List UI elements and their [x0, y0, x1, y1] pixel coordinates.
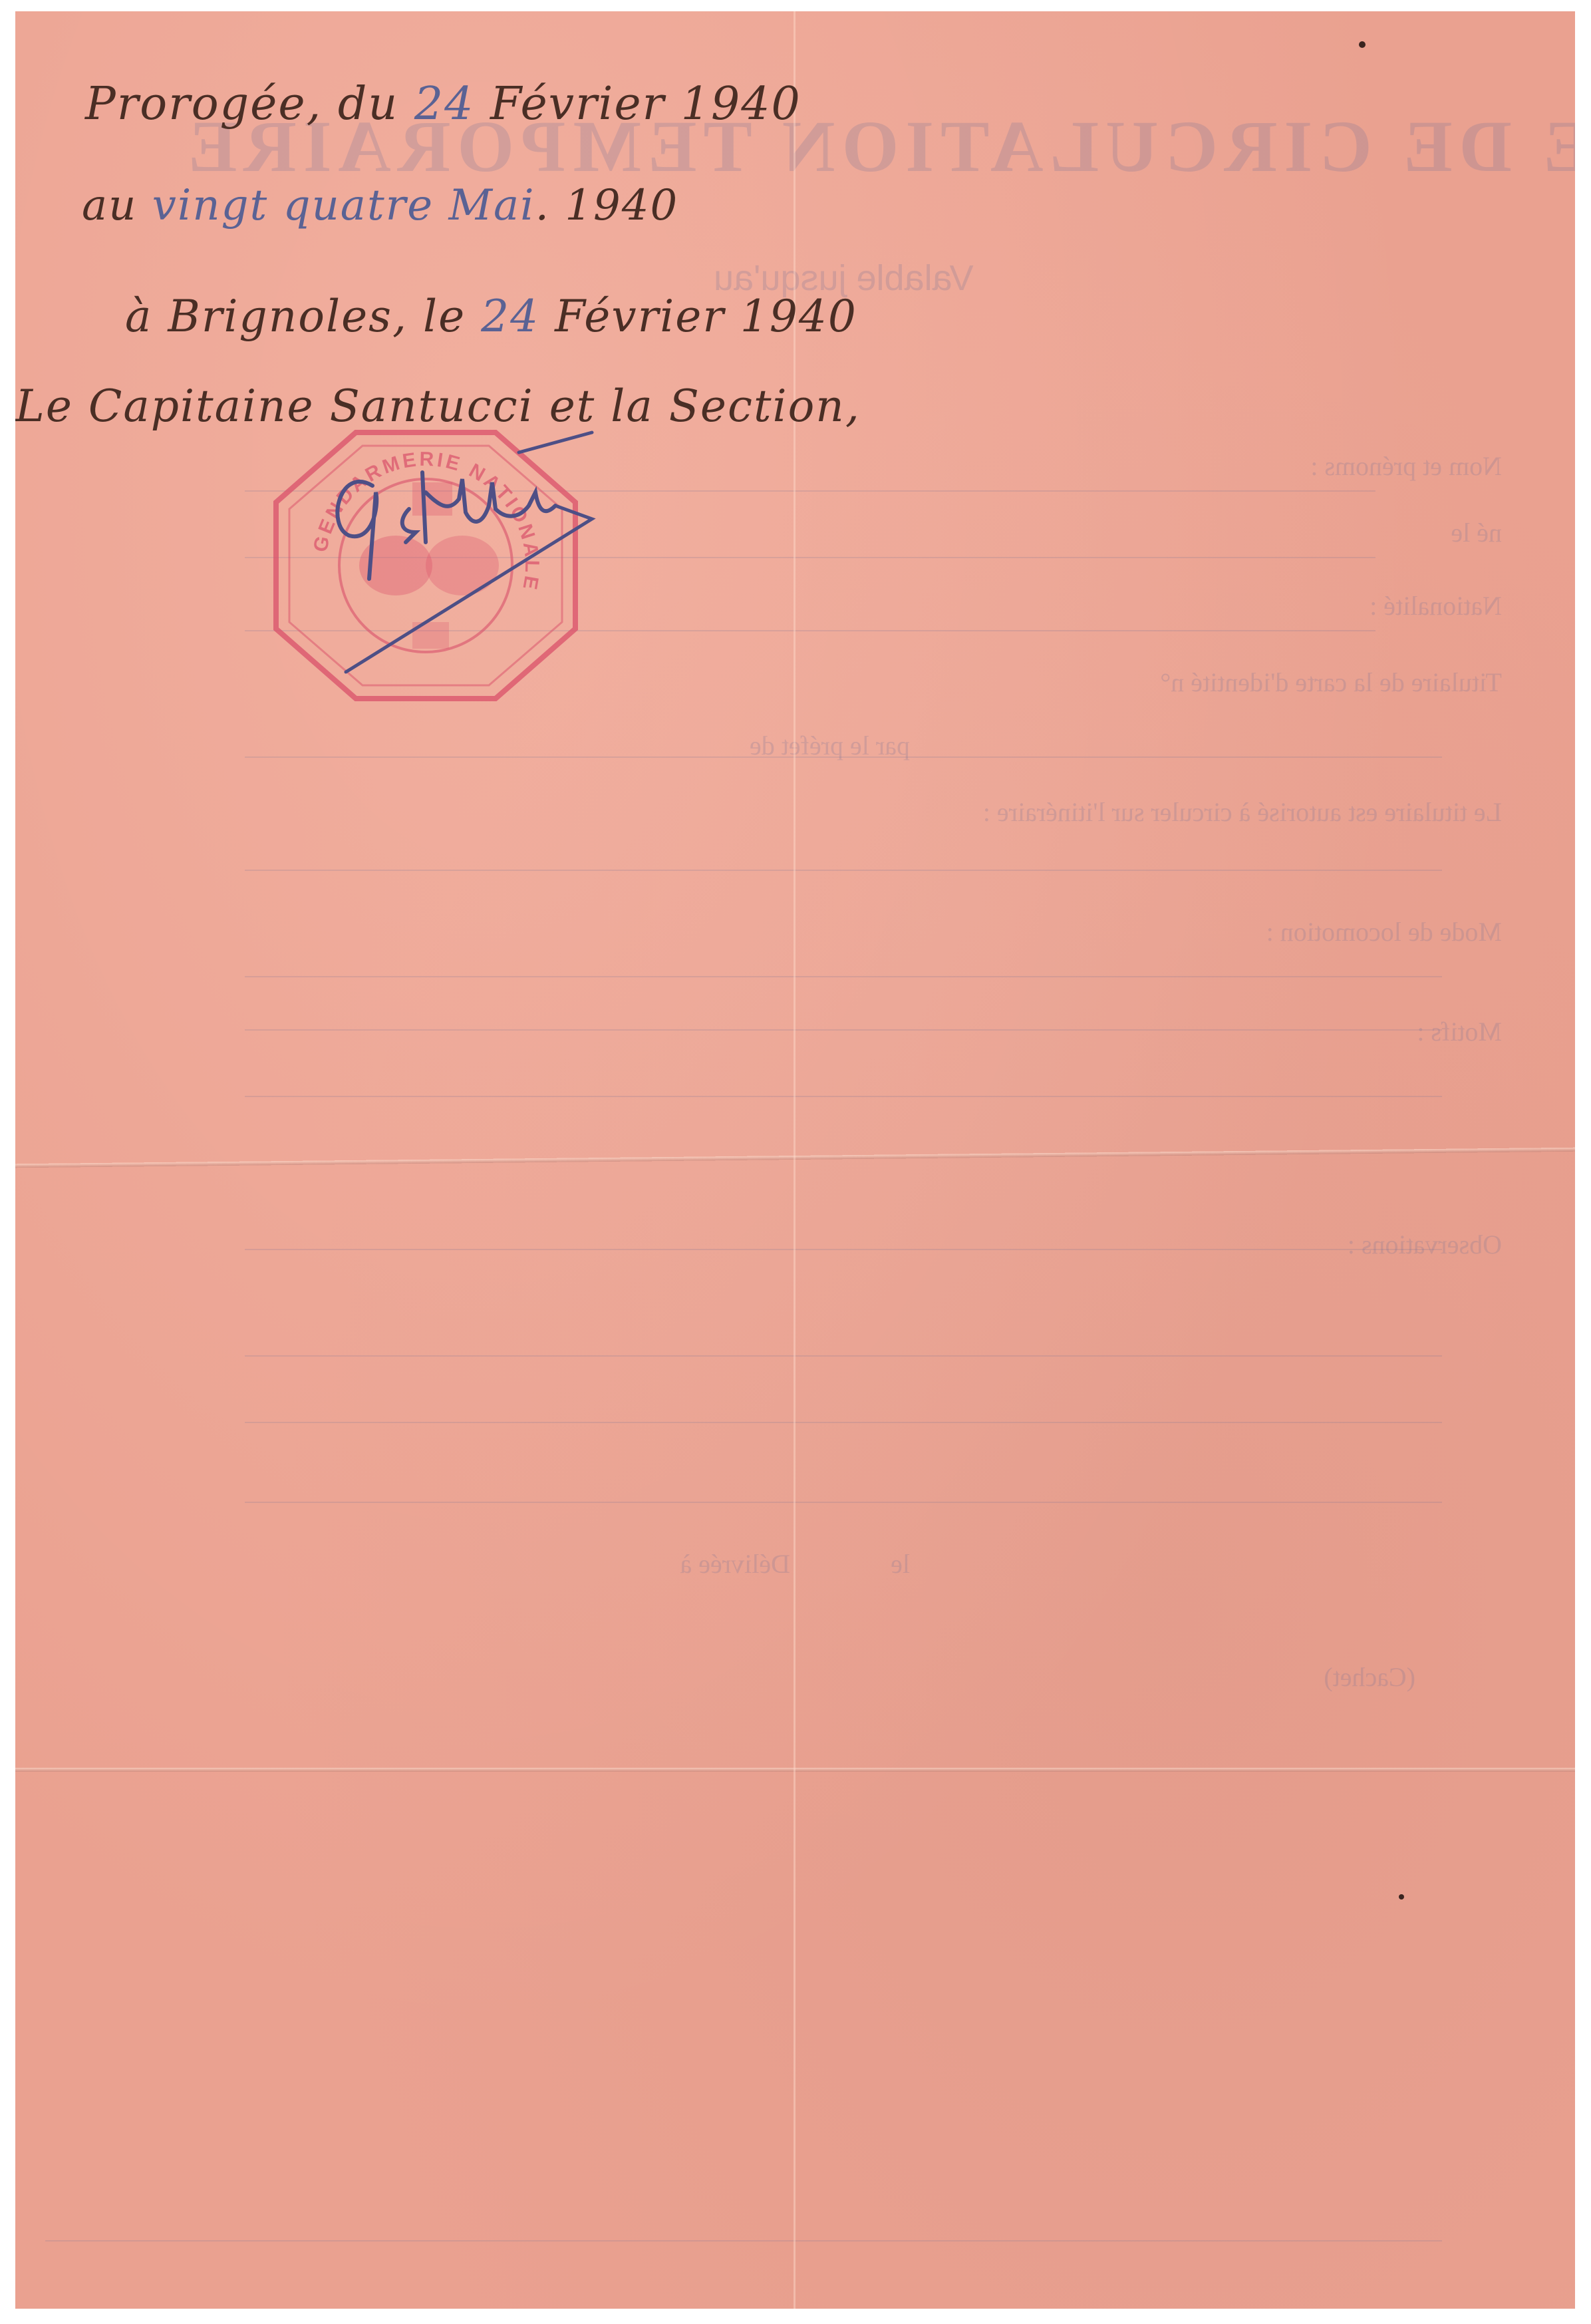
ink-speck	[1359, 41, 1366, 48]
handwritten-line-2: au vingt quatre Mai. 1940	[82, 181, 678, 230]
handwritten-line-1: Prorogée, du 24 Février 1940	[85, 78, 801, 130]
document-paper: CARTE DE CIRCULATION TEMPORAIRE Valable …	[15, 11, 1575, 2309]
bleed-field: Nom et prénoms :	[1310, 450, 1502, 482]
bleed-field: Mode de locomotion :	[1266, 916, 1502, 947]
bleed-field: Délivrée à	[680, 1548, 790, 1579]
bleed-field: (Cachet)	[1324, 1661, 1415, 1693]
bleed-field: par le préfet de	[750, 730, 910, 761]
paper-fold	[794, 11, 795, 2309]
signature-stroke-icon	[299, 426, 605, 692]
signature	[299, 426, 605, 692]
handwritten-line-3: à Brignoles, le 24 Février 1940	[125, 291, 857, 342]
bleed-field: Nationalité :	[1370, 590, 1502, 621]
bleed-field: Motifs :	[1417, 1016, 1502, 1047]
bleed-field: Titulaire de la carte d'identité n°	[1160, 667, 1502, 698]
bleed-field: Observations :	[1348, 1229, 1502, 1260]
bleed-field: Le titulaire est autorisé à circuler sur…	[983, 796, 1502, 828]
bleed-field: né le	[1451, 517, 1502, 548]
ink-speck	[1399, 1894, 1404, 1900]
bleed-field: le	[891, 1548, 910, 1579]
